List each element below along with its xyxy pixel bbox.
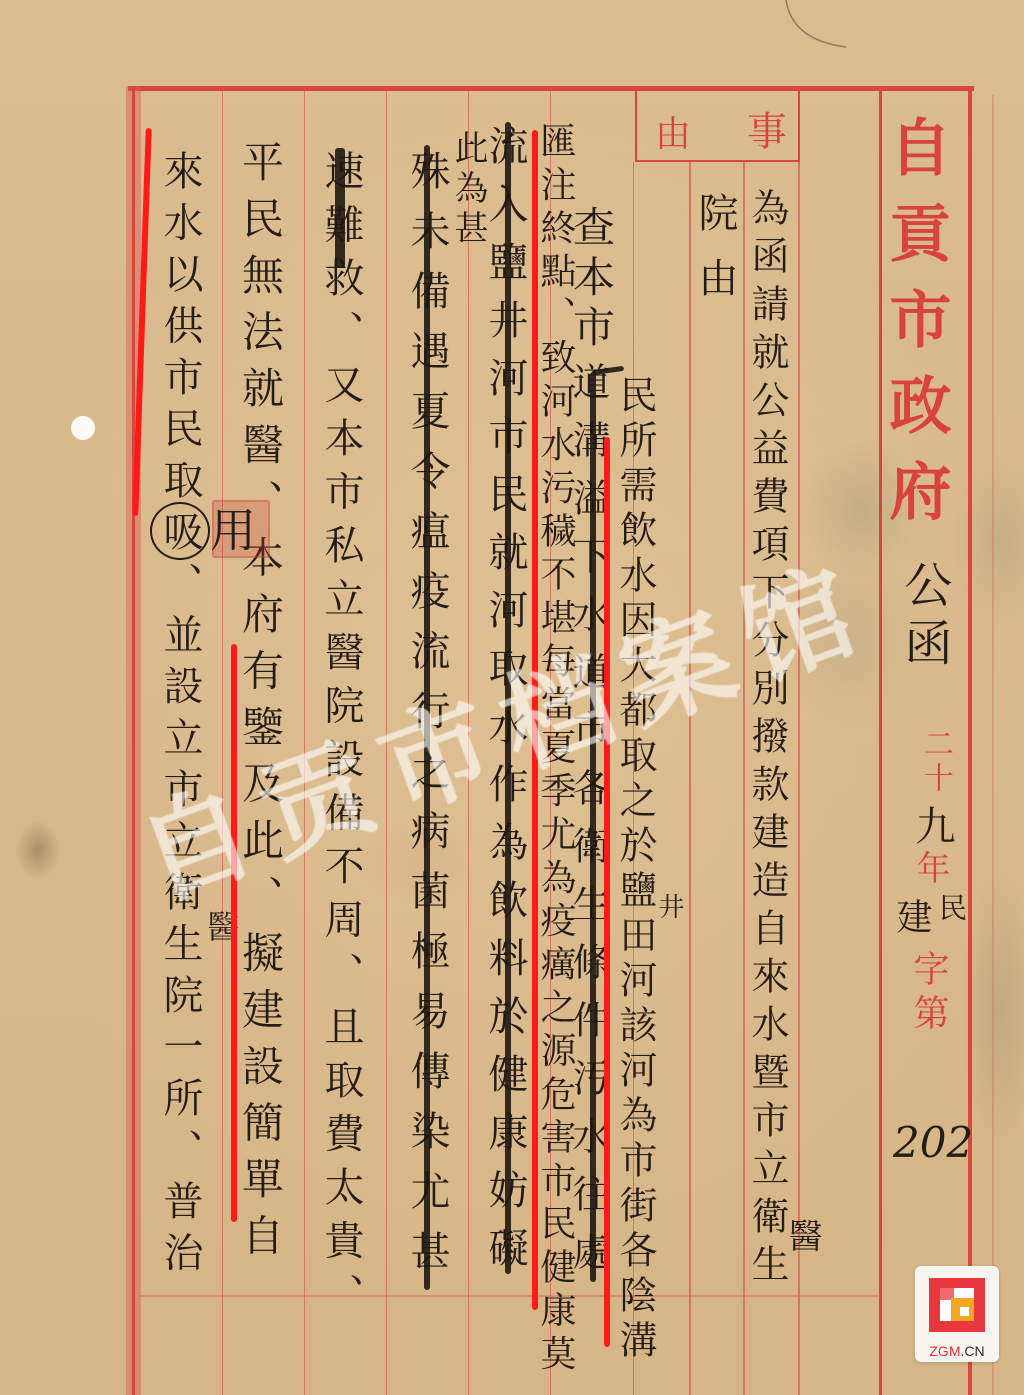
reference-year-digit: 九 [912, 805, 952, 845]
frame-left-border [132, 86, 135, 1395]
subject-label-char-2: 由 [655, 117, 691, 153]
subject-insertion: 醫 [785, 1218, 819, 1252]
frame-right-border [968, 86, 972, 1395]
letterhead-doc-type: 公函 [900, 560, 948, 676]
subject-line-1: 為函請就公益費項下分別撥款建造自來水暨市立衛生 [748, 188, 786, 1292]
subject-rule [798, 162, 800, 1395]
bottom-rule [140, 1295, 880, 1297]
body-column-9-text-a: 來水以供市民取 [160, 150, 200, 511]
letterhead-organization: 自貢市政府 [884, 115, 946, 545]
pencil-mark [0, 0, 1024, 60]
logo-tld: .CN [960, 1343, 984, 1359]
strikethrough-line [335, 148, 345, 268]
highlight-bar [604, 437, 610, 1347]
body-column-5: 此為甚 [451, 130, 485, 250]
reference-code-char-b: 建 [893, 898, 929, 934]
archive-document-page: 自貢市政府 公函 二十 九 年 民 建 字第 202 事 由 為函請就公益費項下… [0, 0, 1024, 1395]
logo-brand: ZGM [929, 1343, 960, 1359]
zgm-logo-text: ZGM.CN [915, 1344, 999, 1358]
body-column-2-text: 查本市 [570, 205, 612, 355]
subject-rule [689, 162, 691, 1395]
subject-label-char-1: 事 [747, 112, 787, 152]
body-column-9-insertion-replacement: 用 [207, 506, 253, 552]
subject-box-bottom [635, 160, 800, 162]
subject-box-left [635, 91, 637, 162]
highlight-bar [231, 644, 237, 1222]
subject-line-2: 院由 [695, 192, 735, 322]
reference-year-suffix: 年 [913, 850, 947, 884]
reference-number-prefix: 字第 [910, 950, 946, 1038]
correction-circle [150, 502, 210, 560]
punch-hole [71, 416, 95, 440]
body-rule [222, 91, 223, 1395]
outer-faint-rule [992, 95, 994, 1395]
body-column-8: 平民無法就醫、本府有鑒及此、擬建設簡單自 [239, 140, 281, 1270]
reference-number: 202 [893, 1122, 973, 1164]
zgm-logo: ZGM.CN [915, 1266, 999, 1362]
subject-box-right [798, 91, 800, 162]
body-column-1-insertion: 井 [656, 893, 682, 919]
strikethrough-line [590, 372, 596, 1282]
body-column-1: 民所需飲水因大都取之於鹽田河該河為市街各陰溝 [616, 375, 654, 1365]
zgm-logo-icon [929, 1278, 985, 1332]
reference-code-char-a: 民 [937, 893, 965, 921]
reference-year-prefix: 二十 [920, 728, 950, 796]
